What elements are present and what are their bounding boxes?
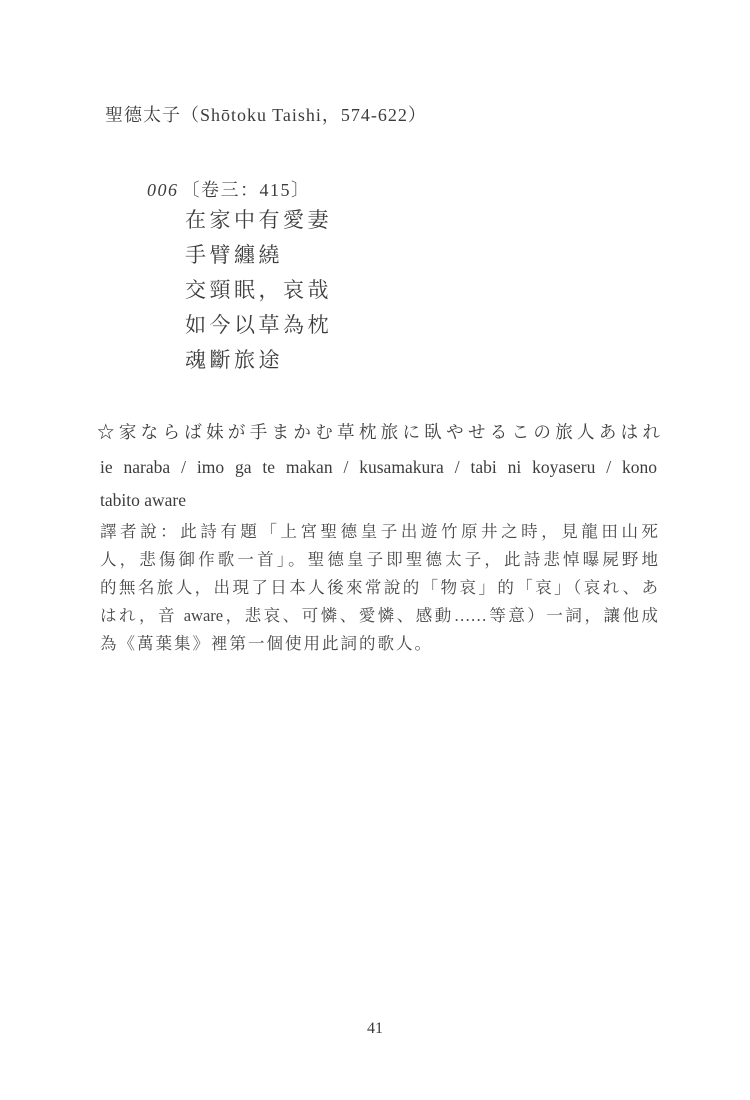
- translator-note: 譯者說：此詩有題「上宮聖德皇子出遊竹原井之時，見龍田山死 人，悲傷御作歌一首」。…: [100, 518, 658, 658]
- original-japanese-text: 家ならば妹が手まかむ草枕旅に臥やせるこの旅人あはれ: [119, 422, 660, 442]
- translator-note-line: 人，悲傷御作歌一首」。聖德皇子即聖德太子，此詩悲悼曝屍野地: [100, 546, 658, 574]
- poem-line: 在家中有愛妻: [185, 203, 332, 238]
- original-japanese-line: ☆家ならば妹が手まかむ草枕旅に臥やせるこの旅人あはれ: [97, 419, 660, 444]
- poem-translation: 在家中有愛妻 手臂纏繞 交頸眠，哀哉 如今以草為枕 魂斷旅途: [185, 203, 332, 378]
- poem-number: 006: [147, 180, 179, 200]
- romaji-line: tabito aware: [100, 484, 657, 517]
- romaji-line: ie naraba / imo ga te makan / kusamakura…: [100, 451, 657, 484]
- translator-note-line: 為《萬葉集》裡第一個使用此詞的歌人。: [100, 630, 658, 658]
- book-page: 聖德太子（Shōtoku Taishi，574-622） 006〔卷三：415〕…: [0, 0, 750, 1100]
- translator-note-line: 譯者說：此詩有題「上宮聖德皇子出遊竹原井之時，見龍田山死: [100, 518, 658, 546]
- poem-line: 如今以草為枕: [185, 308, 332, 343]
- translator-note-line: 的無名旅人，出現了日本人後來常說的「物哀」的「哀」（哀れ、あ: [100, 574, 658, 602]
- author-heading: 聖德太子（Shōtoku Taishi，574-622）: [105, 101, 427, 127]
- poem-source-ref: 〔卷三：415〕: [182, 180, 311, 200]
- poem-line: 交頸眠，哀哉: [185, 273, 332, 308]
- star-icon: ☆: [97, 422, 119, 442]
- poem-header: 006〔卷三：415〕: [147, 176, 311, 202]
- poem-line: 手臂纏繞: [185, 238, 332, 273]
- translator-note-line: はれ，音 aware，悲哀、可憐、愛憐、感動……等意）一詞，讓他成: [100, 602, 658, 630]
- page-number: 41: [0, 1020, 750, 1038]
- poem-line: 魂斷旅途: [185, 343, 332, 378]
- romaji-transliteration: ie naraba / imo ga te makan / kusamakura…: [100, 451, 657, 517]
